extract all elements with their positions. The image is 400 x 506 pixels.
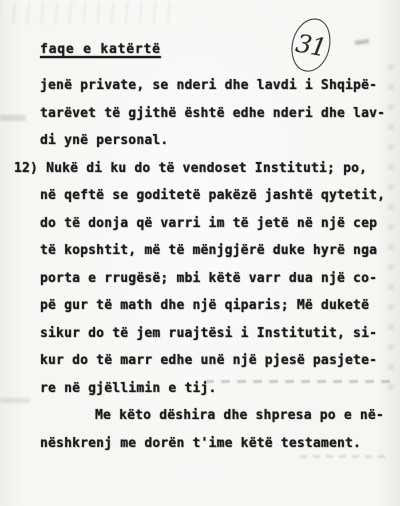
page-number: 31 bbox=[294, 28, 328, 62]
page-heading: faqe e katërtë bbox=[40, 42, 161, 57]
text-line: do të donja që varri im të jetë në një c… bbox=[40, 210, 400, 238]
text-line-item-12: 12) Nukë di ku do të vendoset Instituti;… bbox=[14, 155, 400, 183]
scanned-document-page: faqe e katërtë 31 jenë private, se nderi… bbox=[0, 0, 400, 506]
text-line: re në gjëllimin e tij. bbox=[40, 375, 400, 403]
scan-artifact bbox=[355, 39, 369, 45]
text-line: pë gur të math dhe një qiparis; Më duket… bbox=[40, 292, 400, 320]
text-line: jenë private, se nderi dhe lavdi i Shqip… bbox=[40, 72, 400, 100]
scan-artifact bbox=[0, 2, 180, 24]
document-body: jenë private, se nderi dhe lavdi i Shqip… bbox=[0, 72, 400, 457]
text-line: di ynë personal. bbox=[40, 127, 400, 155]
text-line: tarëvet të gjithë është edhe nderi dhe l… bbox=[40, 100, 400, 128]
handwritten-page-number-circle: 31 bbox=[286, 14, 336, 76]
text-line: sikur do të jem ruajtësi i Institutit, s… bbox=[40, 320, 400, 348]
text-line: kur do të marr edhe unë një pjesë pasjet… bbox=[40, 347, 400, 375]
text-line: nëshkrenj me dorën t'ime këtë testament. bbox=[40, 430, 400, 458]
text-line: porta e rrugësë; mbi këtë varr dua një c… bbox=[40, 265, 400, 293]
text-line: në qeftë se goditetë pakëzë jashtë qytet… bbox=[40, 182, 400, 210]
text-line: Me këto dëshira dhe shpresa po e në- bbox=[95, 402, 400, 430]
text-line: të kopshtit, më të mënjgjërë duke hyrë n… bbox=[40, 237, 400, 265]
